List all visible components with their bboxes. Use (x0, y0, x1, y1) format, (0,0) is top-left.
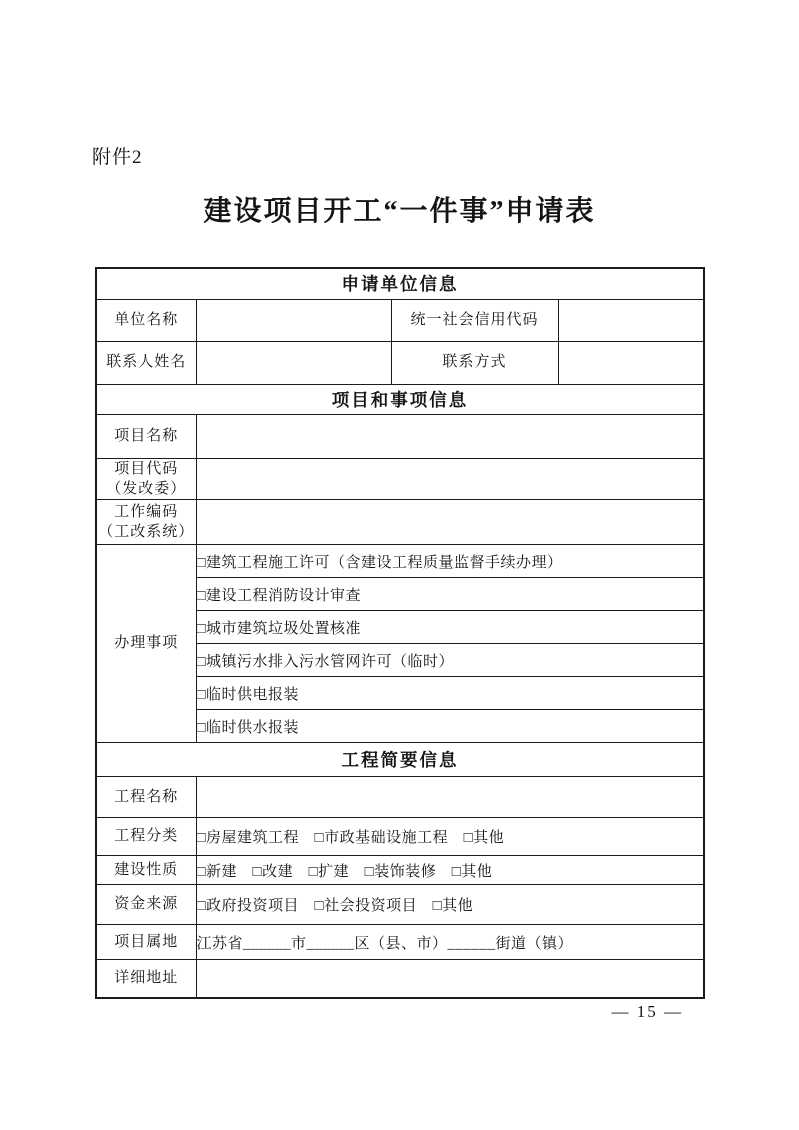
works-classification-label: 工程分类 (96, 818, 196, 856)
section-header-row-applicant: 申请单位信息 (96, 268, 704, 299)
contact-name-label: 联系人姓名 (96, 341, 196, 384)
section-header-applicant: 申请单位信息 (96, 268, 704, 299)
matter-option-temp-water: □临时供水报装 (196, 710, 704, 743)
table-row: 项目属地 江苏省______市______区（县、市）______街道（镇） (96, 925, 704, 960)
project-name-value (196, 414, 704, 458)
application-form-table: 申请单位信息 单位名称 统一社会信用代码 联系人姓名 联系方式 项目和事项信息 … (95, 267, 705, 999)
credit-code-value (558, 299, 704, 341)
project-code-value (196, 458, 704, 500)
work-code-value (196, 500, 704, 545)
table-row: 项目名称 (96, 414, 704, 458)
funding-source-options: □政府投资项目 □社会投资项目 □其他 (196, 885, 704, 925)
table-row: 工程名称 (96, 777, 704, 818)
table-row: 建设性质 □新建 □改建 □扩建 □装饰装修 □其他 (96, 856, 704, 885)
detailed-address-label: 详细地址 (96, 960, 196, 998)
table-row: 项目代码 （发改委） (96, 458, 704, 500)
table-row: 工程分类 □房屋建筑工程 □市政基础设施工程 □其他 (96, 818, 704, 856)
construction-nature-label: 建设性质 (96, 856, 196, 885)
contact-name-value (196, 341, 391, 384)
matter-option-sewage-permit: □城镇污水排入污水管网许可（临时） (196, 644, 704, 677)
section-header-row-works: 工程简要信息 (96, 743, 704, 777)
construction-nature-options: □新建 □改建 □扩建 □装饰装修 □其他 (196, 856, 704, 885)
project-location-value: 江苏省______市______区（县、市）______街道（镇） (196, 925, 704, 960)
credit-code-label: 统一社会信用代码 (391, 299, 558, 341)
matter-option-fire-design-review: □建设工程消防设计审查 (196, 578, 704, 611)
table-row: 工作编码 （工改系统） (96, 500, 704, 545)
contact-method-value (558, 341, 704, 384)
project-location-label: 项目属地 (96, 925, 196, 960)
table-row: 详细地址 (96, 960, 704, 998)
project-name-label: 项目名称 (96, 414, 196, 458)
table-row: 办理事项 □建筑工程施工许可（含建设工程质量监督手续办理） (96, 545, 704, 578)
matter-option-temp-power: □临时供电报装 (196, 677, 704, 710)
document-page: 附件2 建设项目开工“一件事”申请表 申请单位信息 单位名称 统一社会信用代码 … (0, 0, 799, 1130)
works-classification-options: □房屋建筑工程 □市政基础设施工程 □其他 (196, 818, 704, 856)
section-header-project: 项目和事项信息 (96, 384, 704, 414)
table-row: 单位名称 统一社会信用代码 (96, 299, 704, 341)
table-row: 资金来源 □政府投资项目 □社会投资项目 □其他 (96, 885, 704, 925)
matter-option-construction-permit: □建筑工程施工许可（含建设工程质量监督手续办理） (196, 545, 704, 578)
unit-name-value (196, 299, 391, 341)
works-name-label: 工程名称 (96, 777, 196, 818)
works-name-value (196, 777, 704, 818)
work-code-label: 工作编码 （工改系统） (96, 500, 196, 545)
matter-option-construction-waste: □城市建筑垃圾处置核准 (196, 611, 704, 644)
funding-source-label: 资金来源 (96, 885, 196, 925)
contact-method-label: 联系方式 (391, 341, 558, 384)
matters-label: 办理事项 (96, 545, 196, 743)
page-number: — 15 — (612, 1002, 684, 1022)
page-title: 建设项目开工“一件事”申请表 (0, 189, 799, 229)
attachment-label: 附件2 (92, 142, 143, 169)
table-row: 联系人姓名 联系方式 (96, 341, 704, 384)
unit-name-label: 单位名称 (96, 299, 196, 341)
section-header-works: 工程简要信息 (96, 743, 704, 777)
detailed-address-value (196, 960, 704, 998)
section-header-row-project: 项目和事项信息 (96, 384, 704, 414)
project-code-label: 项目代码 （发改委） (96, 458, 196, 500)
